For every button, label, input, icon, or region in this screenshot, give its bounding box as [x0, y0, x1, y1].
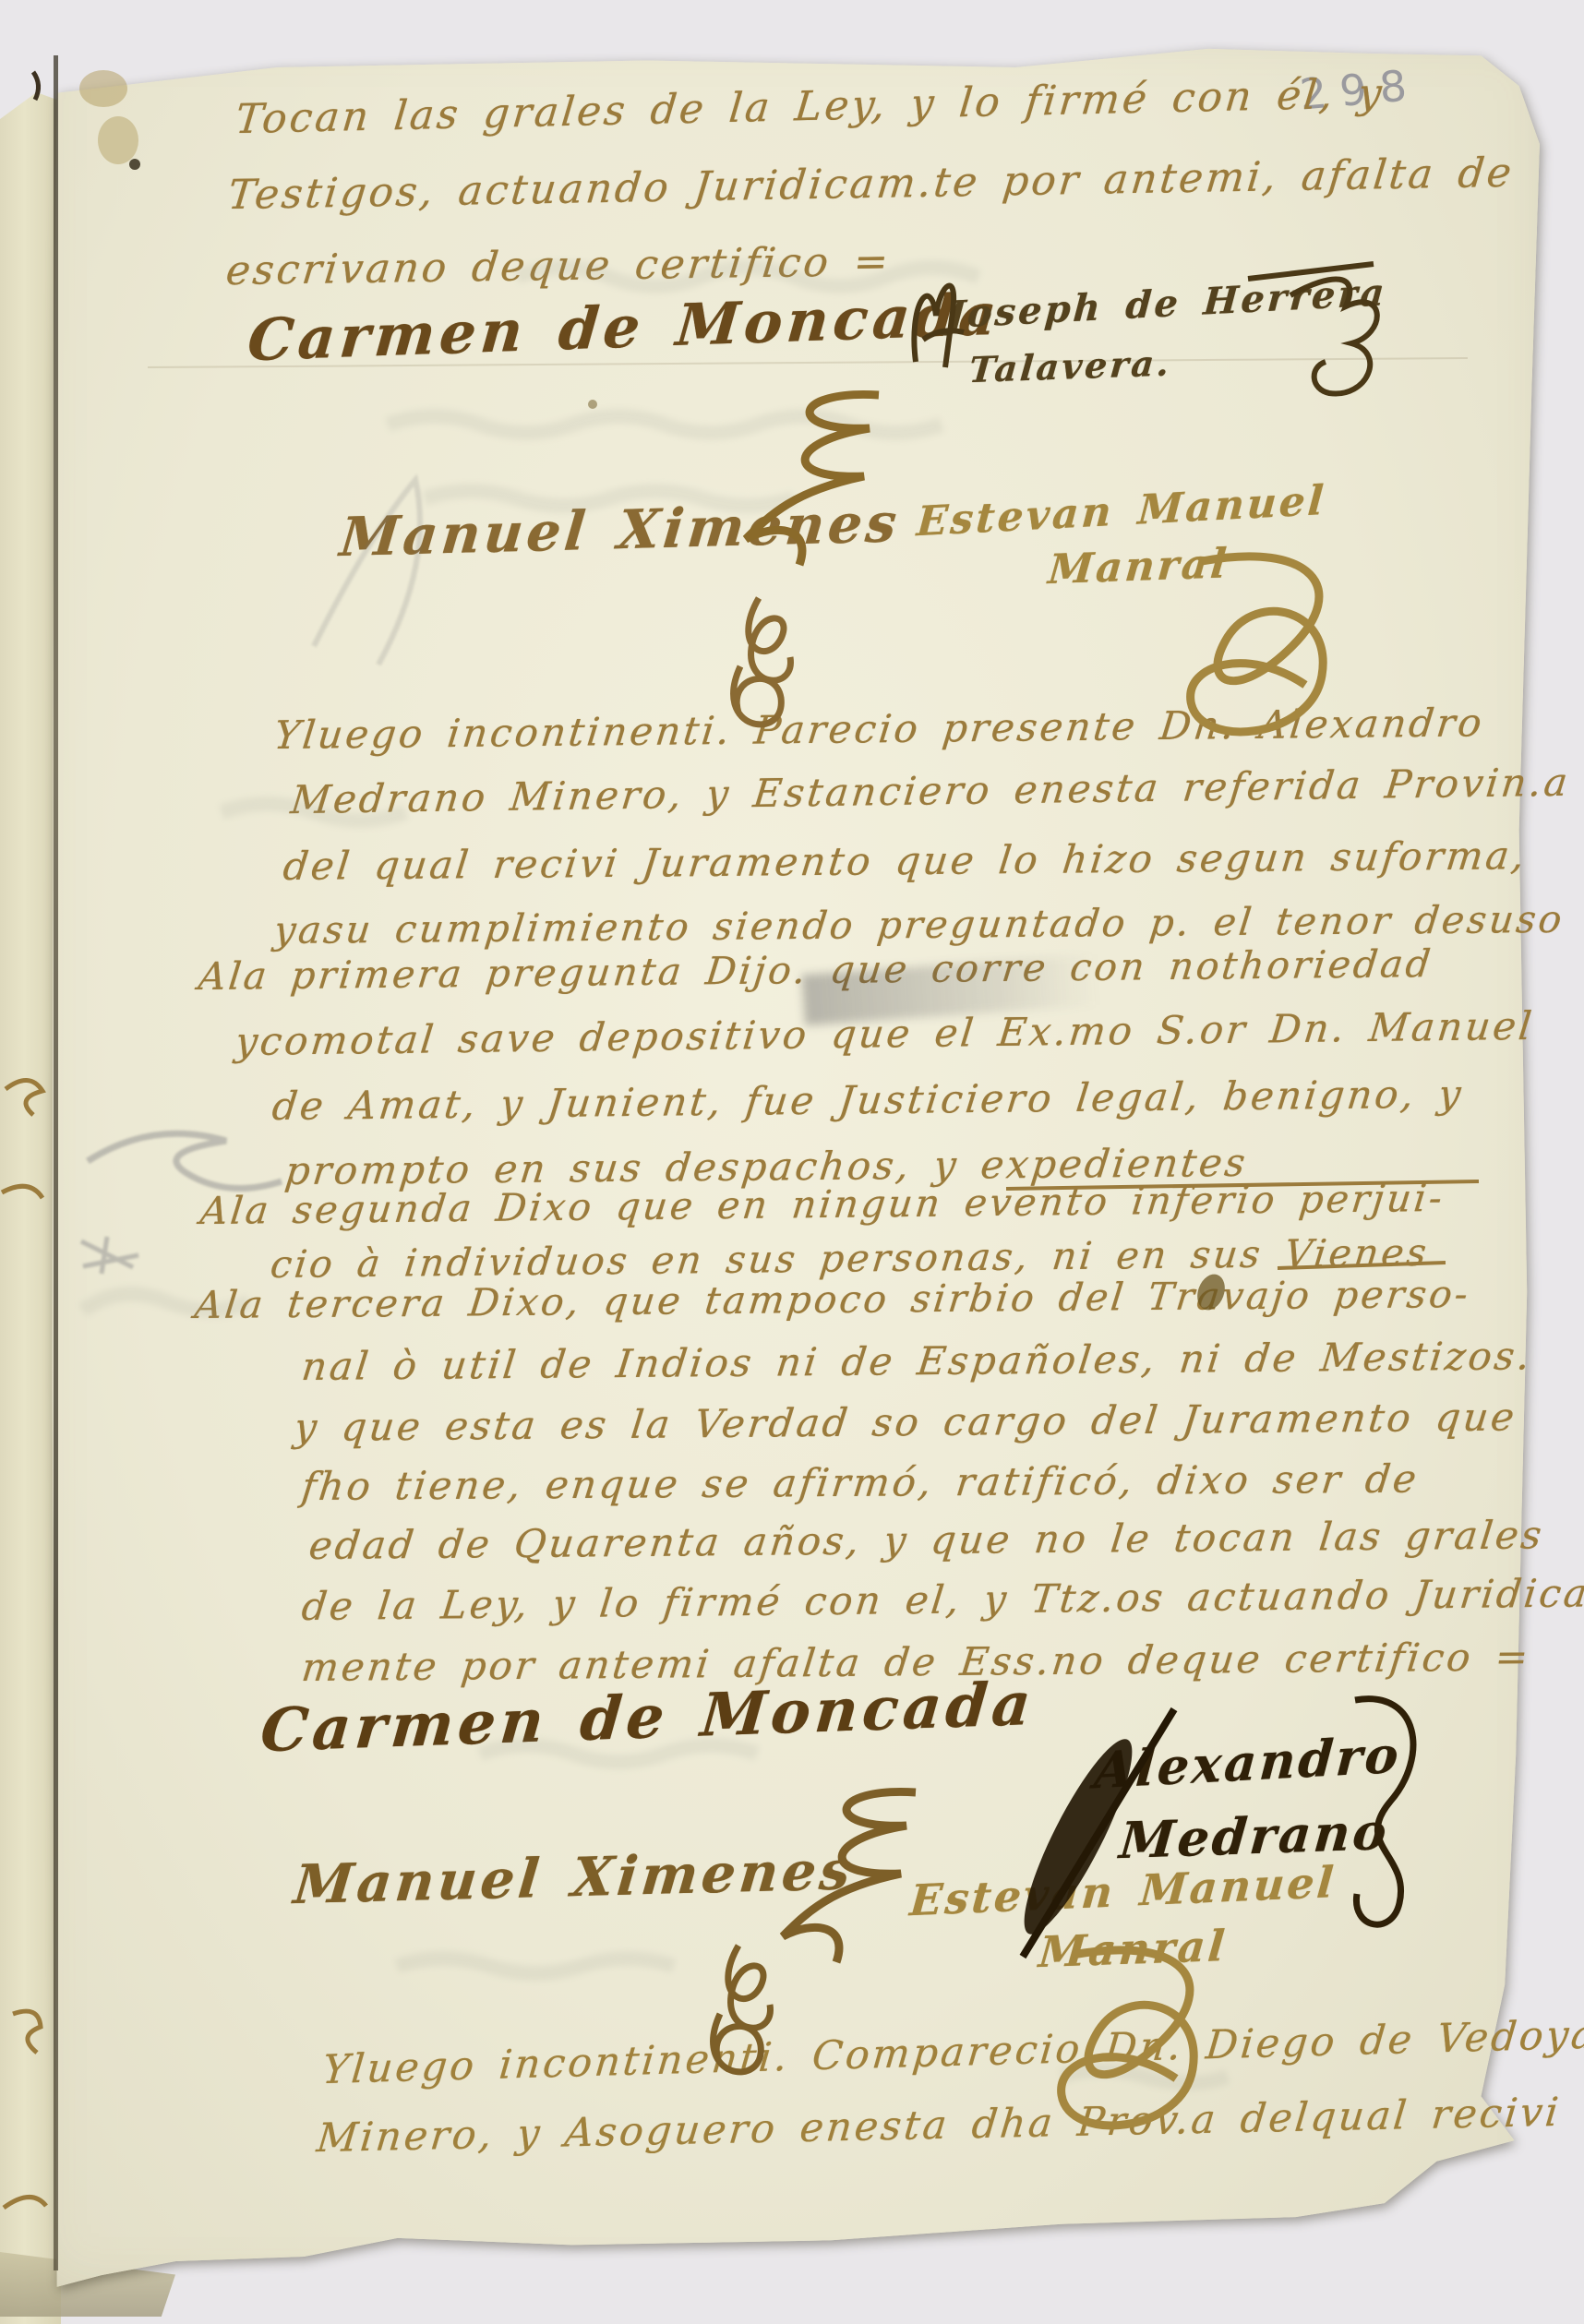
- manuscript-line: fho tiene, enque se afirmó, ratificó, di…: [299, 1456, 1422, 1509]
- manuscript-line: escrivano deque certifico =: [223, 238, 893, 294]
- manuscript-scan: 298 Tocan las grales de la Ley, y lo fir…: [0, 0, 1584, 2324]
- signature-estevan-manuel-2: Manral: [1047, 540, 1231, 593]
- binding-gutter: [54, 55, 58, 2270]
- signature-estevan-manuel-4: Manral: [1037, 1921, 1229, 1977]
- signature-talavera: Talavera.: [967, 341, 1173, 390]
